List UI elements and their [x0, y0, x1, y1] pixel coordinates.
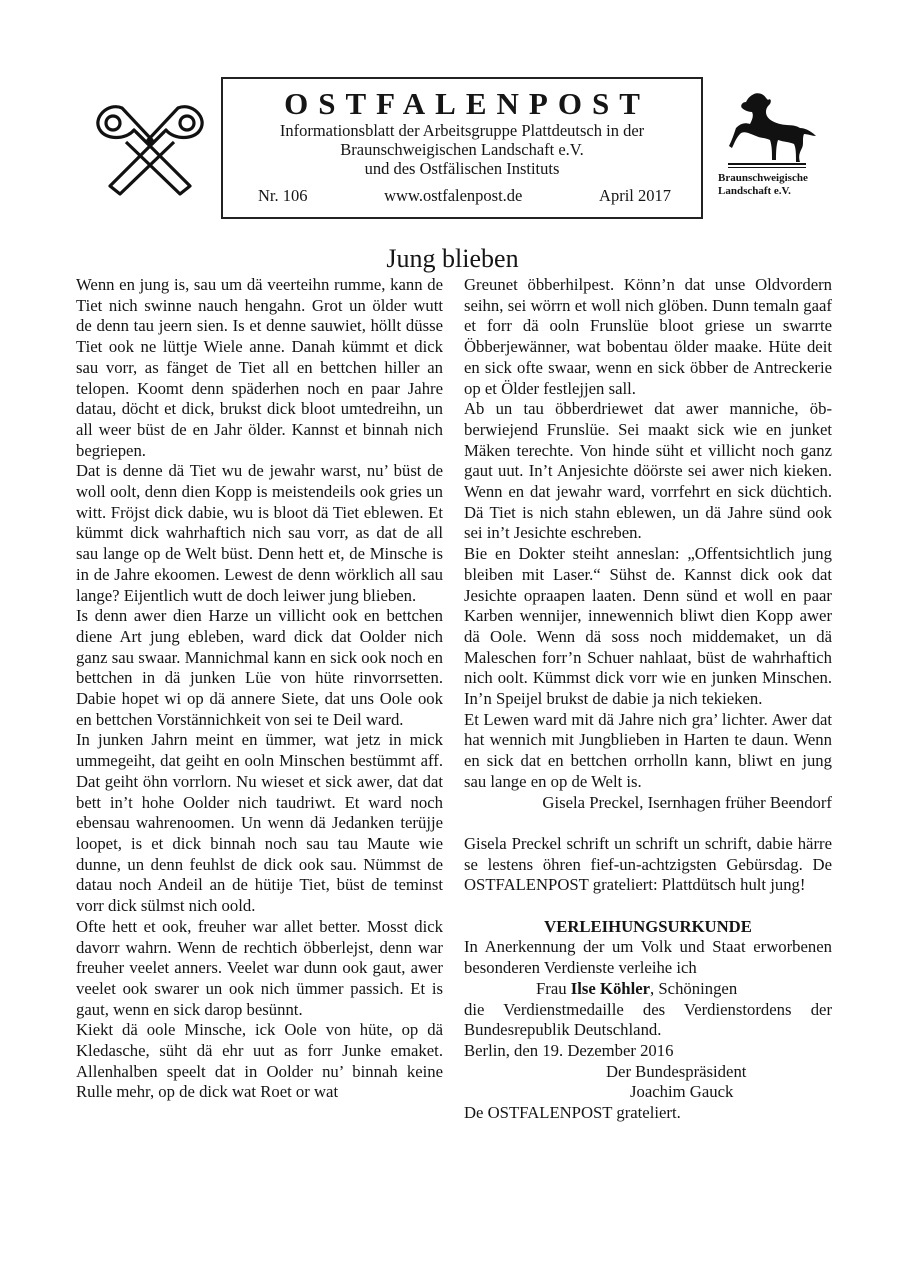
award-intro: In Anerkennung der um Volk und Staat erw… [464, 937, 832, 978]
article-title: Jung blieben [0, 244, 905, 274]
birthday-note: Gisela Preckel schrift un schrift un sch… [464, 834, 832, 896]
spacer [464, 896, 832, 917]
spacer [464, 813, 832, 834]
article-column-left: Wenn en jung is, sau um dä veerteihn rum… [76, 275, 443, 1103]
logo-caption-line-1: Braunschweigische [718, 172, 832, 185]
article-paragraph: Ab un tau öbberdriewet dat awer manniche… [464, 399, 832, 544]
subtitle-line-2: Braunschweigischen Landschaft e.V. [223, 140, 701, 159]
recipient-location: , Schöningen [650, 979, 737, 998]
article-paragraph: Is denn awer dien Harze un villicht ook … [76, 606, 443, 730]
recipient-prefix: Frau [536, 979, 571, 998]
newsletter-title: OSTFALENPOST [223, 87, 701, 121]
masthead-info-row: Nr. 106 www.ostfalenpost.de April 2017 [223, 186, 701, 205]
braunschweigische-landschaft-logo: Braunschweigische Landschaft e.V. [712, 90, 832, 218]
crossed-keys-icon [86, 96, 214, 196]
masthead-box: OSTFALENPOST Informationsblatt der Arbei… [221, 77, 703, 219]
award-medal: die Verdienstmedaille des Verdienstorden… [464, 1000, 832, 1041]
subtitle-line-3: und des Ostfälischen Instituts [223, 159, 701, 178]
article-paragraph: Bie en Dokter steiht anneslan: „Offentsi… [464, 544, 832, 710]
article-paragraph: Greunet öbberhilpest. Könn’n dat unse Ol… [464, 275, 832, 399]
crossed-keys-logo [86, 96, 214, 196]
article-paragraph: Ofte hett et ook, freuher war allet bett… [76, 917, 443, 1021]
website-link[interactable]: www.ostfalenpost.de [384, 186, 522, 205]
award-office: Der Bundespräsident [464, 1062, 832, 1083]
award-recipient: Frau Ilse Köhler, Schöningen [464, 979, 832, 1000]
article-paragraph: In junken Jahrn meint en ümmer, wat jetz… [76, 730, 443, 916]
article-column-right: Greunet öbberhilpest. Könn’n dat unse Ol… [464, 275, 832, 1124]
award-closing: De OSTFALENPOST grateliert. [464, 1103, 832, 1124]
logo-caption-line-2: Landschaft e.V. [718, 185, 832, 198]
award-signer: Joachim Gauck [464, 1082, 832, 1103]
recipient-name: Ilse Köhler [571, 979, 650, 998]
issue-date: April 2017 [599, 186, 671, 205]
article-paragraph: Dat is denne dä Tiet wu de jewahr warst,… [76, 461, 443, 606]
award-place-date: Berlin, den 19. Dezember 2016 [464, 1041, 832, 1062]
leaping-horse-icon [726, 90, 822, 170]
issue-number: Nr. 106 [258, 186, 308, 205]
article-paragraph: Et Lewen ward mit dä Jahre nich gra’ lic… [464, 710, 832, 793]
article-paragraph: Kiekt dä oole Minsche, ick Oole von hüte… [76, 1020, 443, 1103]
subtitle-line-1: Informationsblatt der Arbeitsgruppe Plat… [223, 121, 701, 140]
award-heading: VERLEIHUNGSURKUNDE [464, 917, 832, 938]
article-paragraph: Wenn en jung is, sau um dä veerteihn rum… [76, 275, 443, 461]
article-author: Gisela Preckel, Isernhagen früher Beendo… [464, 793, 832, 814]
